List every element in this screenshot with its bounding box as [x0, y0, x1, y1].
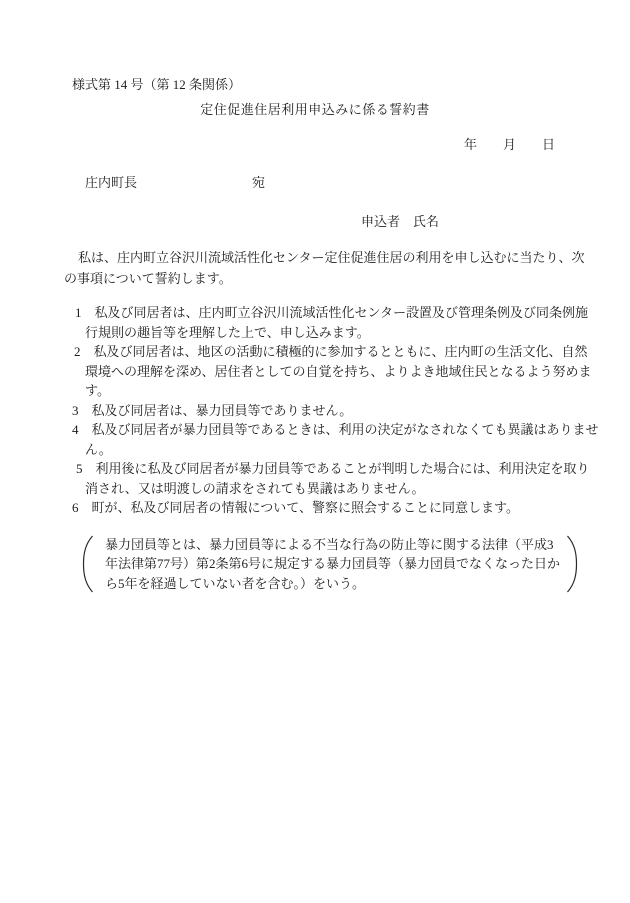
text-line: 私は、庄内町立谷沢川流域活性化センター定住促進住居の利用を申し込むに当たり、次: [64, 247, 558, 268]
applicant-name-label: 申込者 氏名: [361, 212, 558, 232]
item-number: 5: [76, 461, 83, 476]
pledge-item: 2 私及び同居者は、地区の活動に積極的に参加するとともに、庄内町の生活文化、自然…: [85, 342, 558, 401]
addressee-suffix: 宛: [252, 175, 265, 190]
date-line: 年 月 日: [64, 135, 558, 155]
note-definition: 暴力団員等とは、暴力団員等による不当な行為の防止等に関する法律（平成3年法律第7…: [105, 535, 560, 594]
note-box: 暴力団員等とは、暴力団員等による不当な行為の防止等に関する法律（平成3年法律第7…: [82, 535, 558, 594]
text-line: ら5年を経過していない者を含む。）をいう。: [105, 574, 560, 594]
item-number: 3: [72, 403, 79, 418]
text-line: ん。: [85, 440, 558, 460]
text-line: 6 町が、私及び同居者の情報について、警察に照会することに同意します。: [85, 498, 558, 518]
document-title: 定住促進住居利用申込みに係る誓約書: [0, 100, 630, 120]
right-bracket: [566, 535, 578, 593]
item-number: 1: [75, 305, 82, 320]
text-line: 2 私及び同居者は、地区の活動に積極的に参加するとともに、庄内町の生活文化、自然: [85, 342, 558, 362]
text-line: 消され、又は明渡しの請求をされても異議はありません。: [85, 479, 558, 499]
text-line: 3 私及び同居者は、暴力団員等でありません。: [85, 401, 558, 421]
pledge-item: 6 町が、私及び同居者の情報について、警察に照会することに同意します。: [85, 498, 558, 518]
addressee-name-blank: [137, 186, 252, 187]
pledge-item: 1 私及び同居者は、庄内町立谷沢川流域活性化センター設置及び管理条例及び同条例施…: [85, 303, 558, 342]
text-line: 5 利用後に私及び同居者が暴力団員等であることが判明した場合には、利用決定を取り: [85, 459, 558, 479]
text-line: 環境への理解を深め、居住者としての自覚を持ち、よりよき地域住民となるよう努めま: [85, 362, 558, 382]
pledge-item: 5 利用後に私及び同居者が暴力団員等であることが判明した場合には、利用決定を取り…: [85, 459, 558, 498]
text-line: の事項について誓約します。: [64, 268, 558, 289]
item-number: 2: [74, 344, 81, 359]
pledge-item: 3 私及び同居者は、暴力団員等でありません。: [85, 401, 558, 421]
addressee-name: 庄内町長: [85, 175, 137, 190]
text-line: 年法律第77号）第2条第6号に規定する暴力団員等（暴力団員でなくなった日か: [105, 554, 560, 574]
document-page: 様式第 14 号（第 12 条関係） 定住促進住居利用申込みに係る誓約書 年 月…: [0, 0, 630, 903]
left-bracket: [82, 535, 94, 593]
item-number: 6: [72, 500, 79, 515]
text-line: 4 私及び同居者が暴力団員等であるときは、利用の決定がなされなくても異議はありま…: [85, 420, 558, 440]
item-number: 4: [72, 422, 79, 437]
text-line: 行規則の趣旨等を理解した上で、申し込みます。: [85, 323, 558, 343]
text-line: 1 私及び同居者は、庄内町立谷沢川流域活性化センター設置及び管理条例及び同条例施: [85, 303, 558, 323]
pledge-item-list: 1 私及び同居者は、庄内町立谷沢川流域活性化センター設置及び管理条例及び同条例施…: [64, 303, 558, 518]
form-number: 様式第 14 号（第 12 条関係）: [72, 75, 558, 95]
text-line: 暴力団員等とは、暴力団員等による不当な行為の防止等に関する法律（平成3: [105, 535, 560, 555]
addressee-line: 庄内町長宛: [85, 173, 558, 193]
pledge-item: 4 私及び同居者が暴力団員等であるときは、利用の決定がなされなくても異議はありま…: [85, 420, 558, 459]
text-line: す。: [85, 381, 558, 401]
pledge-paragraph: 私は、庄内町立谷沢川流域活性化センター定住促進住居の利用を申し込むに当たり、次の…: [64, 247, 558, 289]
